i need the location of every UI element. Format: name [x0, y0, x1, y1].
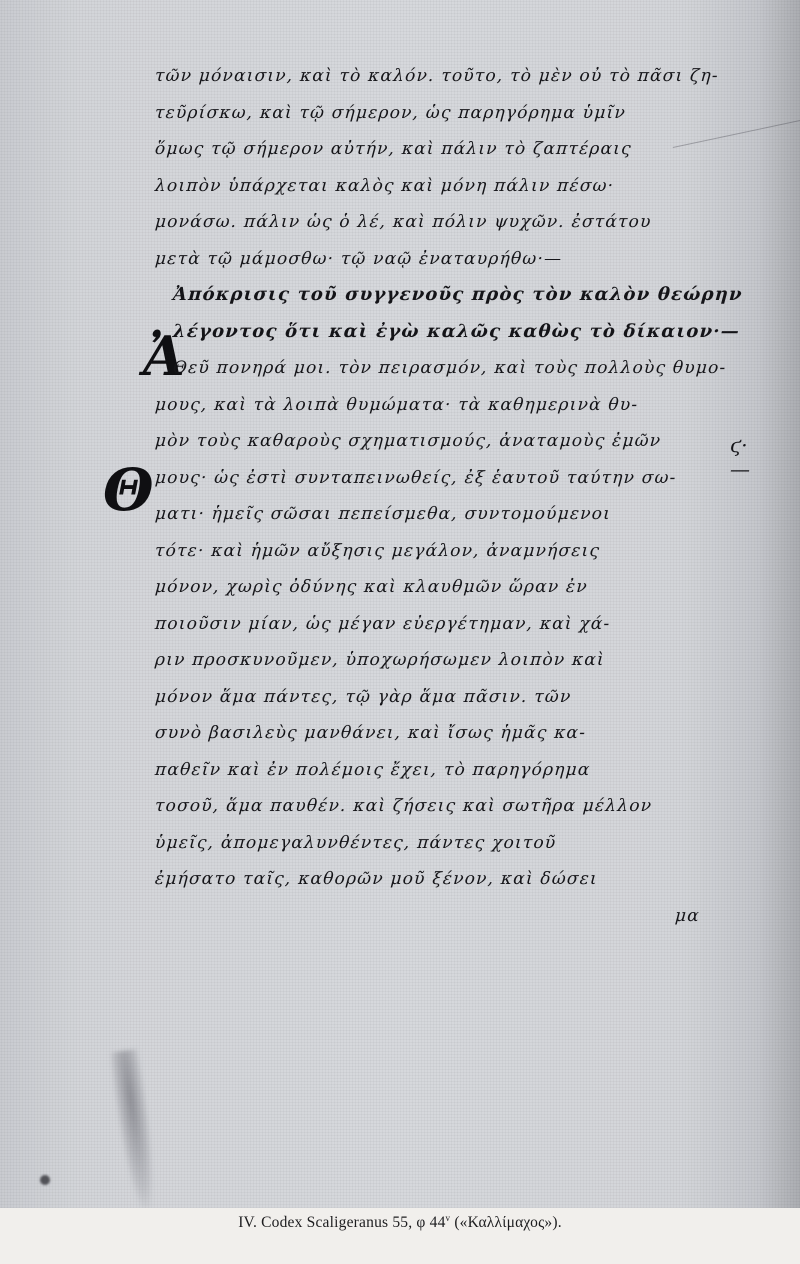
manuscript-line: μόνον, χωρὶς ὀδύνης καὶ κλαυθμῶν ὥραν ἐν [154, 569, 727, 606]
plate-number: IV. [238, 1214, 257, 1231]
page-edge-shadow [760, 0, 800, 1208]
folio-symbol: φ [416, 1214, 425, 1231]
manuscript-line: ποιοῦσιν μίαν, ὡς μέγαν εὐεργέτημαν, καὶ… [154, 606, 727, 643]
manuscript-line: τοσοῦ, ἅμα παυθέν. καὶ ζήσεις καὶ σωτῆρα… [154, 788, 727, 825]
manuscript-line: ἐμήσατο ταῖς, καθορῶν μοῦ ξένον, καὶ δώσ… [154, 861, 727, 898]
manuscript-line: τῶν μόναισιν, καὶ τὸ καλόν. τοῦτο, τὸ μὲ… [154, 58, 727, 95]
plate-caption: IV. Codex Scaligeranus 55, φ 44v («Καλλί… [0, 1213, 800, 1232]
manuscript-line: ματι· ἡμεῖς σῶσαι πεπείσμεθα, συντομούμε… [154, 496, 727, 533]
manuscript-line: μους, καὶ τὰ λοιπὰ θυμώματα· τὰ καθημερι… [154, 387, 727, 424]
manuscript-heading-line: Ἀπόκρισις τοῦ συγγενοῦς πρὸς τὸν καλὸν θ… [154, 277, 727, 314]
manuscript-line: ριν προσκυνοῦμεν, ὑποχωρήσωμεν λοιπὸν κα… [154, 642, 727, 679]
manuscript-line: μὸν τοὺς καθαροὺς σχηματισμούς, ἀναταμοὺ… [154, 423, 727, 460]
manuscript-line: παθεῖν καὶ ἐν πολέμοις ἔχει, τὸ παρηγόρη… [154, 752, 727, 789]
manuscript-heading-line: λέγοντος ὅτι καὶ ἐγὼ καλῶς καθὼς τὸ δίκα… [154, 314, 727, 351]
manuscript-line: συνὸ βασιλεὺς μανθάνει, καὶ ἴσως ἡμᾶς κα… [154, 715, 727, 752]
manuscript-line: μονάσω. πάλιν ὡς ὁ λέ, καὶ πόλιν ψυχῶν. … [154, 204, 727, 241]
manuscript-line: ὅμως τῷ σήμερον αὐτήν, καὶ πάλιν τὸ ζαπτ… [154, 131, 727, 168]
manuscript-photograph: Ἀ Θ ϛ·— τῶν μόναισιν, καὶ τὸ καλόν. τοῦτ… [0, 0, 800, 1208]
manuscript-line: Θεῦ πονηρά μοι. τὸν πειρασμόν, καὶ τοὺς … [154, 350, 727, 387]
manuscript-text: Ἀ Θ ϛ·— τῶν μόναισιν, καὶ τὸ καλόν. τοῦτ… [155, 58, 725, 934]
ink-spot [40, 1175, 50, 1185]
margin-mark: ϛ·— [730, 433, 750, 481]
manuscript-line: μόνον ἅμα πάντες, τῷ γὰρ ἅμα πᾶσιν. τῶν [154, 679, 727, 716]
manuscript-line: τότε· καὶ ἡμῶν αὔξησις μεγάλον, ἀναμνήσε… [154, 533, 727, 570]
work-title: («Καλλίμαχος»). [454, 1214, 562, 1231]
decorated-initial-theta: Θ [103, 456, 154, 524]
manuscript-line: μους· ὡς ἐστὶ συνταπεινωθείς, ἐξ ἑαυτοῦ … [154, 460, 727, 497]
manuscript-line: ὑμεῖς, ἀπομεγαλυνθέντες, πάντες χοιτοῦ [154, 825, 727, 862]
paper-stain [109, 1049, 161, 1208]
folio-number: 44 [430, 1214, 446, 1231]
manuscript-line-end: μα [154, 898, 727, 935]
manuscript-line: τεῦρίσκω, καὶ τῷ σήμερον, ὡς παρηγόρημα … [154, 95, 727, 132]
folio-side: v [446, 1213, 451, 1223]
codex-name: Codex Scaligeranus 55, [261, 1214, 412, 1231]
manuscript-line: λοιπὸν ὑπάρχεται καλὸς καὶ μόνη πάλιν πέ… [154, 168, 727, 205]
manuscript-line: μετὰ τῷ μάμοσθω· τῷ ναῷ ἐναταυρήθω·— [154, 241, 727, 278]
